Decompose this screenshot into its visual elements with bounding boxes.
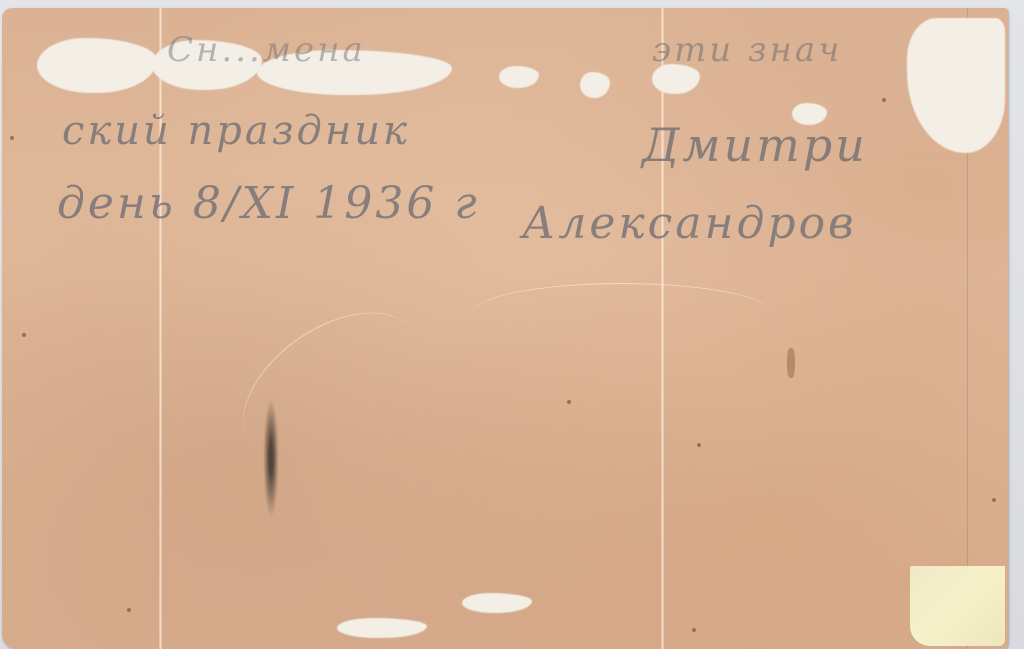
- stain-speck: [10, 136, 14, 140]
- torn-paper-patch: [37, 38, 157, 93]
- handwriting-signature: Александров: [522, 198, 857, 249]
- handwriting-line-2-left: ский праздник: [62, 108, 410, 154]
- handwriting-line-1-left: Сн...мена: [167, 30, 366, 70]
- stain-speck: [692, 628, 696, 632]
- yellow-tape-patch: [910, 566, 1005, 646]
- torn-paper-patch: [462, 593, 532, 613]
- torn-paper-patch: [499, 66, 539, 88]
- handwriting-line-2-right: Дмитри: [642, 118, 868, 172]
- stain-speck: [127, 608, 131, 612]
- stain-speck: [882, 98, 886, 102]
- torn-paper-corner: [907, 18, 1005, 153]
- paper-crack: [472, 283, 772, 344]
- paper-crack: [215, 282, 448, 496]
- stain-speck: [567, 400, 571, 404]
- stain-speck: [992, 498, 996, 502]
- stain-speck: [697, 443, 701, 447]
- handwriting-date: день 8/XI 1936 г: [57, 178, 480, 229]
- stain-speck: [22, 333, 26, 337]
- torn-paper-patch: [337, 618, 427, 638]
- handwriting-line-1-right: эти знач: [652, 30, 842, 70]
- photo-card-back: Сн...мена эти знач ский праздник Дмитри …: [2, 8, 1008, 649]
- torn-paper-patch: [580, 72, 610, 98]
- vertical-fold-line: [159, 8, 162, 649]
- rust-stain: [787, 348, 795, 378]
